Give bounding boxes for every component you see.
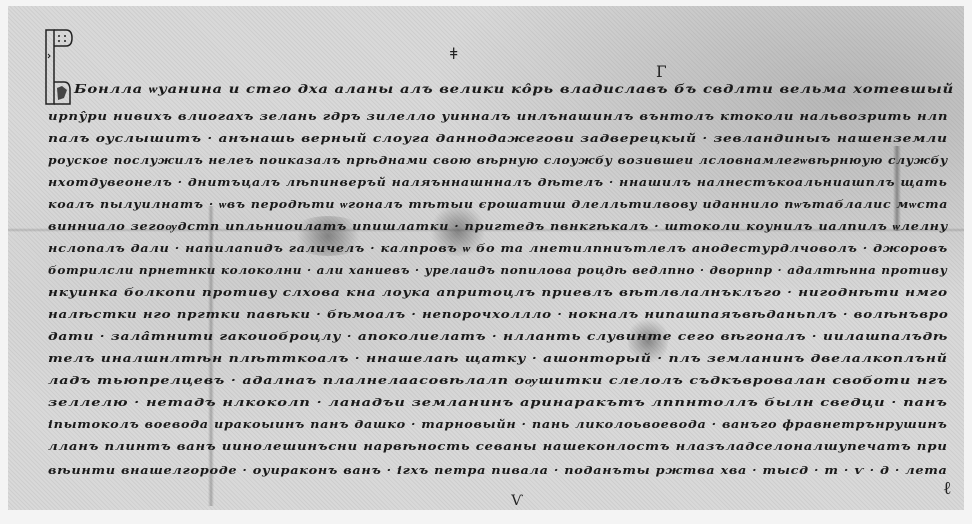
- text-line-1: Бонлла ѡуанина и стго дха аланы алъ вели…: [74, 82, 954, 97]
- text-line-2: ирпу̂ри нивихъ влиогахъ зелань гдръ зиле…: [48, 110, 948, 123]
- text-line-10: нкуинка болкопи противу слхова кна лоука…: [48, 286, 948, 299]
- text-line-7: винниало зегоѹдстп ипльниоилатъ ипишлатк…: [48, 220, 948, 233]
- text-line-12: дати · зала̂тнити гакоиоброцлу · апоколи…: [48, 330, 948, 343]
- text-line-4: роуское послужилъ нелеъ поиказалъ прѣдна…: [48, 154, 948, 167]
- text-line-18: вѣинти внашелгороде · оуираконъ ванъ · і…: [48, 464, 948, 477]
- text-line-15: зеллелю · нетадъ нлкоколп · ланадъи земл…: [48, 396, 948, 409]
- text-line-8: нслопалъ дали · напилапидъ галичелъ · ка…: [48, 242, 948, 255]
- text-line-11: налѣстки нго пргтки павѣки · бѣмоалъ · н…: [48, 308, 949, 321]
- text-line-3: палъ оуслышитъ · анънашь верный слоуга д…: [48, 132, 948, 145]
- seal-mark-icon: Ѵ: [511, 493, 523, 509]
- text-line-14: ладъ тьюпрелцевъ · адалнаъ плалнелаасовѣ…: [48, 374, 948, 387]
- text-line-9: ботрилсли прнетнки колоколни · али хание…: [48, 264, 948, 277]
- text-line-17: лланъ плинтъ ванъ иинолешинъсни нарвѣнос…: [48, 440, 948, 453]
- text-line-6: коалъ пылуилнатъ · ѡвъ перодѣти ѡгоналъ …: [48, 198, 948, 211]
- text-line-16: іпытоколъ воевода иракоыинъ панъ дашко ·…: [48, 418, 948, 431]
- superscript-mark: Г: [656, 64, 667, 80]
- superscript-mark: ǂ: [450, 46, 457, 62]
- text-line-13: телъ иналшнлтѣн плѣтткоалъ · ннашелаѣ ща…: [48, 352, 948, 365]
- signature-flourish-icon: ℓ: [943, 478, 952, 499]
- text-line-5: нхотдувеонелъ · днитъцалъ лѣпинверъй нал…: [48, 176, 948, 189]
- charter-sheet: ǂ Г Бонлла ѡуанина и стго дха аланы алъ …: [8, 6, 964, 510]
- illuminated-initial-icon: [44, 28, 74, 106]
